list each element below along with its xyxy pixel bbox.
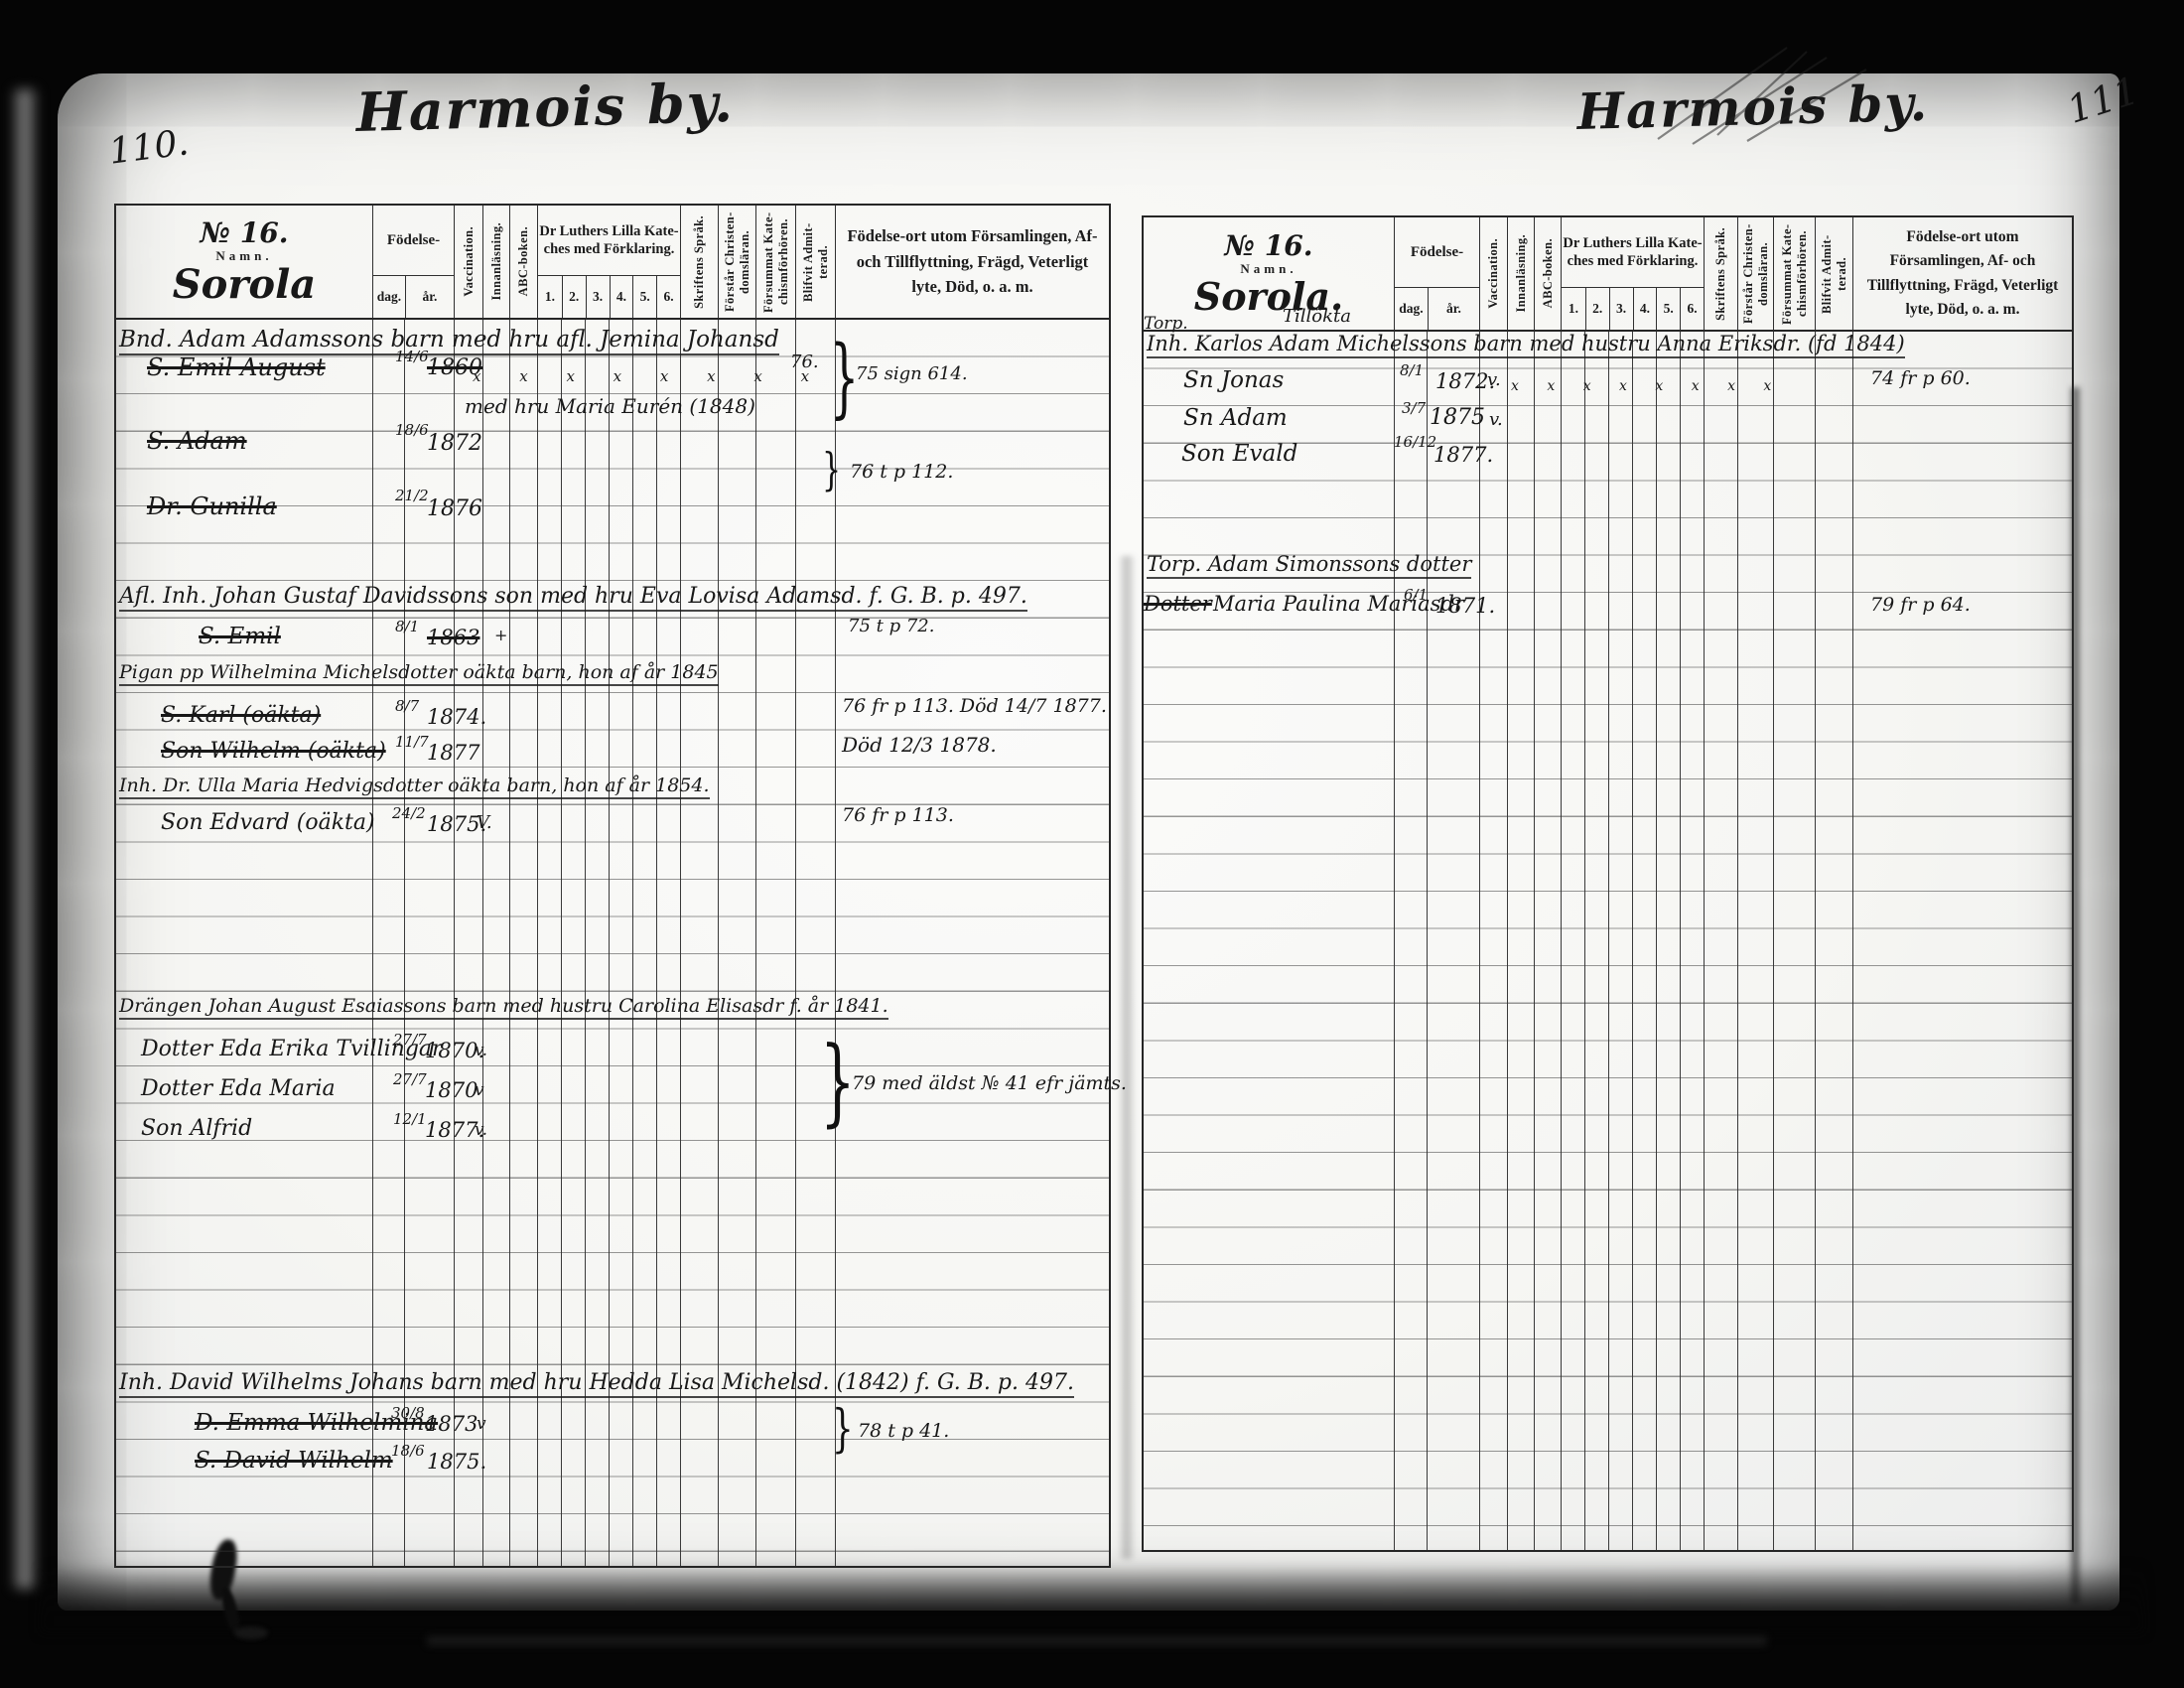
innanlasning-label: Innanläsning.: [489, 222, 504, 301]
entry-name: Son Evald: [1181, 443, 1297, 466]
blifvit-label: Blifvit Admit- terad.: [1820, 221, 1849, 327]
entry-name: Son Edvard (oäkta): [161, 812, 375, 834]
column-fodelse: Födelse- dag. år.: [372, 206, 454, 318]
family-header: Afl. Inh. Johan Gustaf Davidssons son me…: [119, 586, 1027, 612]
abc-boken-label: ABC-boken.: [1541, 238, 1556, 308]
entry-ar: 1875.: [427, 1452, 486, 1473]
entry-name: Sn Adam: [1183, 407, 1288, 430]
margin-note: 78 t p 41.: [858, 1422, 949, 1441]
vaccination-mark: +: [494, 628, 507, 643]
ar-label: år.: [1428, 288, 1479, 330]
entry-name: S. Adam: [147, 429, 247, 453]
forsummat-label: Försummat Kate- chismförhören.: [761, 210, 791, 315]
margin-note: Torp.: [1144, 316, 1188, 333]
family-header: Inh. David Wilhelms Johans barn med hru …: [119, 1372, 1074, 1398]
kateches-3: 3.: [586, 276, 610, 318]
entry-name: S. Emil August: [147, 355, 326, 379]
ink-smudge: [234, 1626, 268, 1639]
margin-note: Död 12/3 1878.: [842, 735, 997, 755]
column-vaccination: Vaccination.: [454, 206, 482, 318]
left-page-number: 110.: [107, 125, 191, 171]
table-header-left: № 16. Namn. Sorola Födelse- dag. år. Vac…: [116, 206, 1109, 320]
admitted-value: 76.: [790, 353, 819, 371]
entry-dag: 11/7: [395, 735, 429, 750]
entry-name: S. Emil: [199, 626, 281, 648]
column-kateches: Dr Luthers Lilla Kate- ches med Förklari…: [537, 206, 680, 318]
entry-name: S. David Wilhelm: [195, 1450, 393, 1473]
entry-name: S. Karl (oäkta): [161, 705, 321, 727]
column-kateches: Dr Luthers Lilla Kate- ches med Förklari…: [1561, 217, 1704, 330]
book-page-edges: [12, 89, 38, 1589]
forstar-label: Förstår Christen- domsläran.: [723, 210, 752, 315]
second-wife-note: med hru Maria Eurén (1848): [465, 396, 755, 416]
pen-scribble: [1628, 40, 1896, 149]
entry-dag: 8/1: [395, 620, 419, 634]
kateches-3: 3.: [1609, 288, 1633, 330]
reading-marks: x x x x x x x x: [1511, 379, 1783, 393]
vaccination-mark: V.: [477, 814, 492, 832]
entry-dag: 24/2: [392, 806, 426, 821]
page-gutter-shadow: [1118, 556, 1136, 1559]
kateches-4: 4.: [610, 276, 633, 318]
column-skriftens-sprak: Skriftens Språk.: [680, 206, 718, 318]
ink-brace: }: [832, 1404, 854, 1455]
kateches-6: 6.: [656, 276, 680, 318]
entry-dag: 6/1: [1404, 588, 1428, 603]
kateches-5: 5.: [632, 276, 656, 318]
entry-name: Son Wilhelm (oäkta): [161, 741, 386, 763]
vaccination-mark: v.: [1489, 411, 1503, 429]
fodelse-label: Födelse-: [1395, 217, 1479, 287]
reading-marks: x x x x x x x x: [473, 369, 826, 384]
margin-note: 75 sign 614.: [856, 365, 968, 383]
entry-dag: 8/1: [1400, 363, 1424, 378]
table-body-right: [1144, 332, 2072, 1550]
margin-note: 76 fr p 113.: [842, 806, 954, 825]
column-fodelseort: Födelse-ort utom Församlingen, Af- och T…: [1852, 217, 2072, 330]
kateches-line1: Dr Luthers Lilla Kate-: [1563, 234, 1702, 252]
house-number: № 16.: [1225, 232, 1313, 260]
family-header: Pigan pp Wilhelmina Michelsdotter oäkta …: [119, 663, 719, 686]
column-fodelseort: Födelse-ort utom Församlingen, Af- och T…: [835, 206, 1109, 318]
margin-note: 79 med äldst № 41 efr jämts.: [852, 1074, 1127, 1093]
entry-ar: 1872: [427, 433, 482, 455]
kateches-6: 6.: [1680, 288, 1704, 330]
entry-ar: 1877.: [1433, 445, 1493, 466]
kateches-2: 2.: [562, 276, 586, 318]
margin-note: 74 fr p 60.: [1870, 369, 1971, 388]
entry-ar: 1873: [425, 1414, 478, 1435]
house-number: № 16.: [201, 219, 289, 247]
ar-label: år.: [405, 276, 454, 318]
entry-dag: 3/7: [1402, 401, 1426, 416]
entry-dag: 12/1: [393, 1112, 427, 1127]
kateches-1: 1.: [1562, 288, 1585, 330]
margin-note: 76 fr p 113. Död 14/7 1877.: [842, 697, 1107, 716]
abc-boken-label: ABC-boken.: [516, 226, 531, 296]
entry-ar: 1863: [427, 628, 479, 648]
kateches-5: 5.: [1656, 288, 1680, 330]
entry-ar: 1877: [427, 743, 479, 764]
vaccination-label: Vaccination.: [1486, 238, 1501, 309]
entry-dag: 27/7: [393, 1033, 427, 1048]
column-namn: № 16. Namn. Sorola: [116, 206, 372, 318]
entry-name: Son Alfrid: [141, 1118, 252, 1140]
kateches-numbers: 1. 2. 3. 4. 5. 6.: [538, 275, 680, 318]
entry-dag: 16/12: [1394, 435, 1436, 450]
column-forsummat: Försummat Kate- chismförhören.: [755, 206, 795, 318]
village-name: Sorola: [173, 265, 316, 305]
dag-label: dag.: [373, 276, 405, 318]
ink-brace: }: [830, 334, 859, 420]
column-innanlasning: Innanläsning.: [482, 206, 509, 318]
family-header: Inh. Dr. Ulla Maria Hedvigsdotter oäkta …: [119, 776, 710, 799]
margin-note: 79 fr p 64.: [1870, 596, 1971, 615]
added-note: Tillökta: [1283, 308, 1351, 326]
entry-ar: 1871.: [1435, 596, 1495, 617]
bottom-scan-shadow: [40, 1564, 2144, 1633]
ink-brace: }: [820, 1037, 856, 1131]
vaccination-mark: v: [475, 1082, 484, 1099]
forsummat-label: Försummat Kate- chismförhören.: [1780, 221, 1810, 327]
scanned-parish-register-spread: { "pages": { "left": { "page_number": "1…: [0, 0, 2184, 1688]
entry-name-struck: Dotter: [1144, 594, 1212, 615]
column-skriftens-sprak: Skriftens Språk.: [1704, 217, 1737, 330]
column-forstar: Förstår Christen- domsläran.: [1737, 217, 1773, 330]
kateches-line1: Dr Luthers Lilla Kate-: [539, 222, 678, 240]
column-forsummat: Försummat Kate- chismförhören.: [1773, 217, 1815, 330]
entry-dag: 30/8: [391, 1406, 425, 1421]
entry-dag: 27/7: [393, 1072, 427, 1087]
kateches-2: 2.: [1585, 288, 1609, 330]
column-forstar: Förstår Christen- domsläran.: [718, 206, 755, 318]
vaccination-mark: v.: [475, 1122, 487, 1139]
entry-dag: 8/7: [395, 699, 419, 714]
family-header: Inh. Karlos Adam Michelssons barn med hu…: [1147, 334, 1905, 358]
fodelseort-label: Födelse-ort utom Församlingen, Af- och T…: [1853, 225, 2072, 321]
blifvit-label: Blifvit Admit- terad.: [801, 210, 831, 315]
ink-brace: }: [822, 449, 841, 493]
column-blifvit: Blifvit Admit- terad.: [1815, 217, 1852, 330]
family-header: Drängen Johan August Esaiassons barn med…: [119, 997, 888, 1020]
kateches-line2: ches med Förklaring.: [544, 240, 675, 258]
fodelseort-label: Födelse-ort utom Församlingen, Af- och T…: [836, 223, 1109, 300]
dag-label: dag.: [1395, 288, 1428, 330]
skriftens-sprak-label: Skriftens Språk.: [692, 215, 707, 309]
column-fodelse: Födelse- dag. år.: [1394, 217, 1479, 330]
entry-dag: 21/2: [395, 489, 429, 503]
column-abc-boken: ABC-boken.: [509, 206, 537, 318]
column-innanlasning: Innanläsning.: [1507, 217, 1534, 330]
entry-name: Dr. Gunilla: [147, 494, 277, 518]
column-vaccination: Vaccination.: [1479, 217, 1507, 330]
kateches-line2: ches med Förklaring.: [1568, 252, 1699, 270]
column-abc-boken: ABC-boken.: [1534, 217, 1561, 330]
vaccination-mark: v.: [475, 1043, 487, 1059]
vaccination-mark: v.: [1487, 371, 1501, 389]
vaccination-label: Vaccination.: [462, 226, 477, 297]
entry-ar: 1875: [1430, 407, 1485, 429]
entry-dag: 14/6: [395, 350, 429, 364]
entry-ar: 1870: [425, 1080, 478, 1101]
entry-name: Dotter Eda Maria: [141, 1078, 336, 1100]
vaccination-mark: v: [477, 1416, 486, 1433]
column-blifvit: Blifvit Admit- terad.: [795, 206, 835, 318]
entry-dag: 18/6: [395, 423, 429, 438]
entry-ar: 1874.: [427, 707, 486, 728]
skriftens-sprak-label: Skriftens Språk.: [1713, 227, 1728, 321]
innanlasning-label: Innanläsning.: [1514, 234, 1529, 313]
family-header: Bnd. Adam Adamssons barn med hru afl. Je…: [119, 329, 779, 355]
kateches-4: 4.: [1633, 288, 1657, 330]
margin-note: 75 t p 72.: [848, 618, 934, 635]
margin-note: 76 t p 112.: [850, 463, 953, 482]
entry-dag: 18/6: [391, 1444, 425, 1459]
kateches-numbers: 1. 2. 3. 4. 5. 6.: [1562, 287, 1704, 330]
forstar-label: Förstår Christen- domsläran.: [1741, 221, 1771, 327]
kateches-1: 1.: [538, 276, 562, 318]
fodelse-label: Födelse-: [373, 206, 454, 275]
under-page-streak: [427, 1636, 1767, 1645]
entry-name: Sn Jonas: [1183, 369, 1284, 392]
family-header: Torp. Adam Simonssons dotter: [1147, 554, 1471, 579]
entry-ar: 1876: [427, 498, 482, 520]
left-page-title: Harmois by.: [355, 75, 735, 139]
